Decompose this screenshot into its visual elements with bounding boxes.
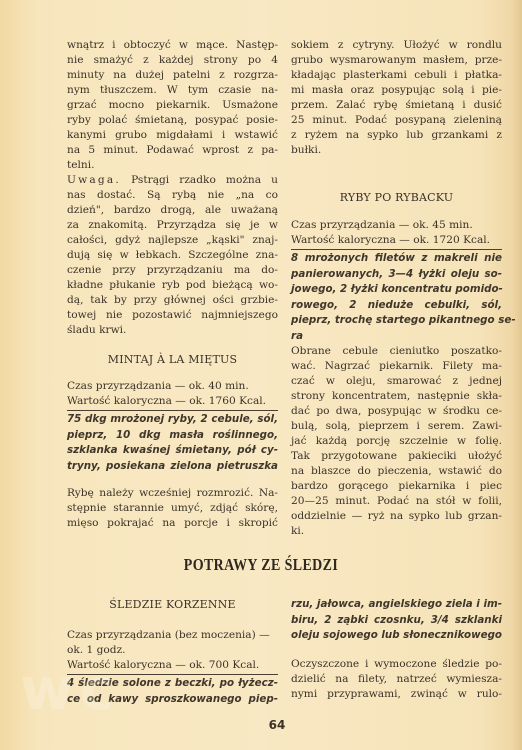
text-line: wnątrz i obtoczyć w mące. Następ- xyxy=(67,38,278,53)
text-line: dzień", bardzo drogą, ale uważaną xyxy=(67,203,278,218)
page-number: 64 xyxy=(262,718,292,732)
text-line: mi masła oraz posypując solą i pie- xyxy=(291,83,502,98)
text-line: telni. xyxy=(67,158,278,173)
text-line: dą, tak by przy głównej ości grzbie- xyxy=(67,293,278,308)
text-line: kładając plasterkami cebuli i płatka- xyxy=(291,68,502,83)
recipe-title-ryby: RYBY PO RYBACKU xyxy=(291,191,502,204)
text-line: grzać mocno piekarnik. Usmażone xyxy=(67,98,278,113)
text-line: Obrane cebule cieniutko poszatko- xyxy=(291,344,502,359)
text-line: kładne płukanie ryb pod bieżącą wo- xyxy=(67,278,278,293)
method-mintaj: Rybę należy wcześniej rozmrozić. Na- stę… xyxy=(67,486,278,531)
note-text: Pstrągi rzadko można u xyxy=(131,174,278,186)
text-line: na 5 minut. Podawać wprost z pa- xyxy=(67,143,278,158)
text-line: kanymi grubo migdałami i wstawić xyxy=(67,128,278,143)
text-line: wać. Nagrzać piekarnik. Filety ma- xyxy=(291,359,502,374)
recipe-meta-sledzie: Czas przyrządzania (bez moczenia) — ok. … xyxy=(67,628,278,673)
text-line: nymi przyprawami, zwinąć w rulo- xyxy=(291,687,502,702)
ingredients-mintaj: 75 dkg mrożonej ryby, 2 cebule, sól, pie… xyxy=(67,412,278,474)
prep-time: Czas przyrządzania (bez moczenia) — xyxy=(67,628,278,643)
ingredient-line: pieprz, trochę startego pikantnego se- xyxy=(291,313,502,329)
text-line: dują się w łebkach. Szczególne zna- xyxy=(67,248,278,263)
text-line: stępnie starannie umyć, zdjąć skórę, xyxy=(67,501,278,516)
ingredient-line: biru, 2 ząbki czosnku, 3/4 szklanki xyxy=(291,613,502,629)
ingredient-line: tryny, posiekana zielona pietruszka xyxy=(67,459,278,475)
section-title: POTRAWY ZE ŚLEDZI xyxy=(47,555,475,575)
cookbook-page: wnątrz i obtoczyć w mące. Następ- nie sm… xyxy=(0,0,522,750)
ingredient-line: szklanka kwaśnej śmietany, pół cy- xyxy=(67,443,278,459)
text-line: Rybę należy wcześniej rozmrozić. Na- xyxy=(67,486,278,501)
text-line: za znakomitą. Przyrządza się je w xyxy=(67,218,278,233)
text-line: nie smażyć z każdej strony po 4 xyxy=(67,53,278,68)
text-line: oddzielnie — ryż na sypko lub grzan- xyxy=(291,509,502,524)
text-line: bułki. xyxy=(291,143,502,158)
text-line: 25 minut. Podać posypaną zieleniną xyxy=(291,113,502,128)
ingredient-line: rowego, 2 nieduże cebulki, sól, xyxy=(291,298,502,314)
text-line: nas dostać. Są rybą nie „na co xyxy=(67,188,278,203)
text-line: jać każdą porcję szczelnie w folię. xyxy=(291,434,502,449)
ingredient-line: jowego, 2 łyżki koncentratu pomido- xyxy=(291,282,502,298)
text-line: mięso pokrajać na porcje i skropić xyxy=(67,516,278,531)
text-line: ryby polać śmietaną, posypać posie- xyxy=(67,113,278,128)
text-line: grubo wysmarowanym masłem, prze- xyxy=(291,53,502,68)
note-label: Uwaga. xyxy=(67,174,121,186)
text-line: strony koncentratem, następnie skła- xyxy=(291,389,502,404)
text-line: sokiem z cytryny. Ułożyć w rondlu xyxy=(291,38,502,53)
recipe-meta-mintaj: Czas przyrządzania — ok. 40 min. Wartość… xyxy=(67,379,278,409)
text-line: bulą, solą, pieprzem i serem. Zawi- xyxy=(291,419,502,434)
ingredients-ryby: 8 mrożonych filetów z makreli nie panier… xyxy=(291,251,502,344)
ingredient-line: pieprz, 10 dkg masła roślinnego, xyxy=(67,428,278,444)
text-line: Tak przygotowane pakieciki ułożyć xyxy=(291,449,502,464)
text-line: ki. xyxy=(291,524,502,539)
text-line: śladu krwi. xyxy=(67,323,278,338)
ingredients-sledzie-part2: rzu, jałowca, angielskiego ziela i im- b… xyxy=(291,597,502,644)
right-continuation-paragraph: sokiem z cytryny. Ułożyć w rondlu grubo … xyxy=(291,38,502,158)
text-line: przem. Zalać rybę śmietaną i dusić xyxy=(291,98,502,113)
divider-rule xyxy=(291,249,502,250)
text-line: całości, gdyż najlepsze „kąski" znaj- xyxy=(67,233,278,248)
calories: Wartość kaloryczna — ok. 1720 Kcal. xyxy=(291,233,502,248)
recipe-title-mintaj: MINTAJ À LA MIĘTUS xyxy=(67,353,278,366)
note-first-line: Uwaga. Pstrągi rzadko można u xyxy=(67,173,278,188)
prep-time: Czas przyrządzania — ok. 40 min. xyxy=(67,379,278,394)
recipe-title-sledzie: ŚLEDZIE KORZENNE xyxy=(67,598,278,611)
divider-rule xyxy=(67,674,278,675)
calories: Wartość kaloryczna — ok. 700 Kcal. xyxy=(67,658,278,673)
ingredient-line: 4 śledzie solone z beczki, po łyżecz- xyxy=(67,676,278,692)
prep-time-continued: ok. 1 godz. xyxy=(67,643,278,658)
divider-rule xyxy=(67,410,278,411)
prep-time: Czas przyrządzania — ok. 45 min. xyxy=(291,218,502,233)
ingredient-line: oleju sojowego lub słonecznikowego xyxy=(291,628,502,644)
calories: Wartość kaloryczna — ok. 1760 Kcal. xyxy=(67,394,278,409)
text-line: nym tłuszczem. W tym czasie na- xyxy=(67,83,278,98)
ingredient-line: panierowanych, 3—4 łyżki oleju so- xyxy=(291,267,502,283)
ingredient-line: 75 dkg mrożonej ryby, 2 cebule, sól, xyxy=(67,412,278,428)
ingredient-line: ce od kawy sproszkowanego piep- xyxy=(67,692,278,708)
text-line: bardzo gorącego piekarnika i piec xyxy=(291,479,502,494)
text-line: z ryżem na sypko lub grzankami z xyxy=(291,128,502,143)
ingredient-line: rzu, jałowca, angielskiego ziela i im- xyxy=(291,597,502,613)
text-line: czać w oleju, smarować z jednej xyxy=(291,374,502,389)
text-line: Oczyszczone i wymoczone śledzie po- xyxy=(291,657,502,672)
ingredient-line: 8 mrożonych filetów z makreli nie xyxy=(291,251,502,267)
method-ryby: Obrane cebule cieniutko poszatko- wać. N… xyxy=(291,344,502,539)
method-sledzie: Oczyszczone i wymoczone śledzie po- dzie… xyxy=(291,657,502,702)
text-line: towej nie pozostawić najmniejszego xyxy=(67,308,278,323)
ingredients-sledzie-part1: 4 śledzie solone z beczki, po łyżecz- ce… xyxy=(67,676,278,707)
text-line: czenie przy przyrządzaniu ma do- xyxy=(67,263,278,278)
recipe-meta-ryby: Czas przyrządzania — ok. 45 min. Wartość… xyxy=(291,218,502,248)
text-line: dać po dwa, posypując w środku ce- xyxy=(291,404,502,419)
text-line: minuty na dużej patelni z rozgrza- xyxy=(67,68,278,83)
left-intro-paragraph: wnątrz i obtoczyć w mące. Następ- nie sm… xyxy=(67,38,278,338)
text-line: dzielić na filety, natrzeć wymiesza- xyxy=(291,672,502,687)
text-line: 20—25 minut. Podać na stół w folii, xyxy=(291,494,502,509)
text-line: na blaszce do pieczenia, wstawić do xyxy=(291,464,502,479)
ingredient-line: ra xyxy=(291,329,502,345)
